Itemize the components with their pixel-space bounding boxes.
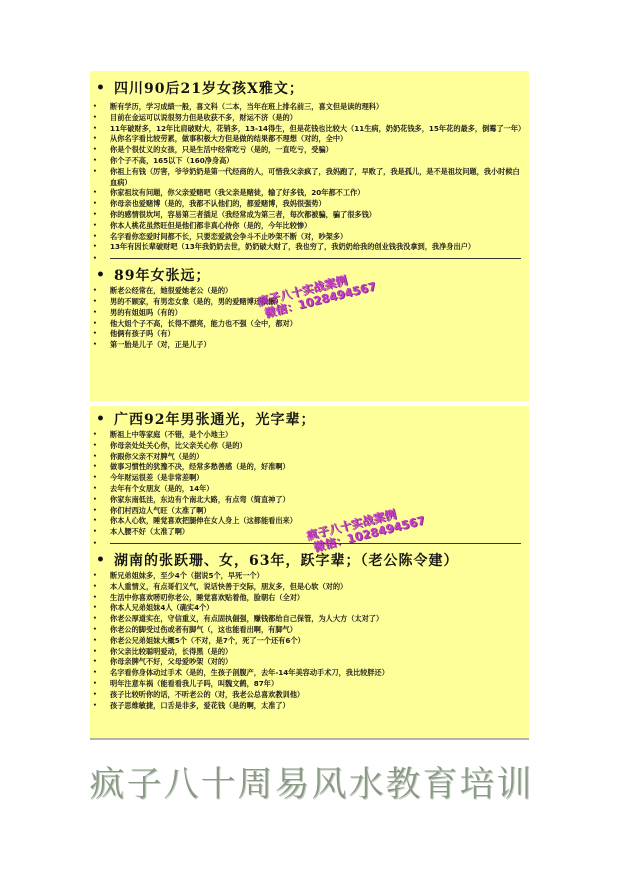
bullet-icon: • bbox=[90, 506, 110, 517]
item-text: 本人腰不好（太准了啊） bbox=[110, 527, 529, 538]
slide-panel-1: • 四川90后21岁女孩X雅文； •断有学历，学习成绩一般，喜文科（二本，当年在… bbox=[90, 71, 529, 401]
bullet-icon: • bbox=[92, 80, 110, 96]
bullet-icon: • bbox=[90, 156, 110, 167]
item-text: 做事习惯性的犹豫不决，经常多愁善感（是的，好准啊） bbox=[110, 462, 529, 473]
divider-row: • bbox=[90, 538, 529, 549]
slide-panel-2: • 广西92年男张通光，光字辈； •断祖上中等家庭（不错，是个小地主） •你母亲… bbox=[90, 406, 529, 740]
list-item: •男的不顾家，有男恋女象（是的，男的爱赌博还很懒） bbox=[90, 297, 529, 308]
bullet-icon: • bbox=[90, 188, 110, 199]
item-text: 你母亲处处关心你，比父亲关心你（是的） bbox=[110, 441, 529, 452]
bullet-icon: • bbox=[90, 473, 110, 484]
item-text: 你老公的脚受过伤或者有脚气（，这也能看出啊，有脚气） bbox=[110, 625, 529, 636]
item-text: 11年破财多，12年比肩破财大，花销多，13-14得生，但是花钱也比较大（11生… bbox=[110, 124, 529, 135]
section-title-text: 广西92年男张通光，光字辈； bbox=[114, 409, 315, 429]
bullet-icon: • bbox=[90, 167, 110, 189]
bullet-icon: • bbox=[90, 134, 110, 145]
list-item: •去年有个女朋友（是的，14年） bbox=[90, 484, 529, 495]
item-text: 本人重情义，有点哥们义气，说话快善于交际，朋友多，但是心软（对的） bbox=[110, 582, 529, 593]
bullet-icon: • bbox=[90, 199, 110, 210]
bullet-icon: • bbox=[90, 668, 110, 679]
list-item: •你老公的脚受过伤或者有脚气（，这也能看出啊，有脚气） bbox=[90, 625, 529, 636]
bullet-icon: • bbox=[90, 297, 110, 308]
bullet-icon: • bbox=[90, 636, 110, 647]
list-item: •本人腰不好（太准了啊） bbox=[90, 527, 529, 538]
bullet-icon: • bbox=[90, 145, 110, 156]
bullet-icon: • bbox=[90, 593, 110, 604]
section-title-text: 湖南的张跃珊、女，63年，跃字辈；（老公陈令建） bbox=[114, 550, 458, 570]
item-text: 你本人心软，睡觉喜欢把腿伸在女人身上（这都能看出来） bbox=[110, 516, 529, 527]
list-item: •孩子比较听你的话，不听老公的（对，我老公总喜欢教训他） bbox=[90, 690, 529, 701]
bullet-icon: • bbox=[90, 495, 110, 506]
bullet-icon: • bbox=[92, 411, 110, 427]
item-text: 你本人兄弟姐妹4人（确实4个） bbox=[110, 603, 529, 614]
bullet-icon: • bbox=[90, 329, 110, 340]
item-text: 你的感情很坎坷，容易第三者插足（我经常成为第三者，每次都被骗，骗了很多钱） bbox=[110, 210, 529, 221]
section-title: • 湖南的张跃珊、女，63年，跃字辈；（老公陈令建） bbox=[90, 549, 529, 571]
section-title: • 广西92年男张通光，光字辈； bbox=[90, 408, 529, 430]
item-list: •断祖上中等家庭（不错，是个小地主） •你母亲处处关心你，比父亲关心你（是的） … bbox=[90, 430, 529, 538]
item-text: 你母亲也爱赌博（是的，我都不认他们的，都爱赌博，我妈很强势） bbox=[110, 199, 529, 210]
list-item: •从你名字看比较劳累，做事积极大方但是做的结果都不理想（对的，全中） bbox=[90, 134, 529, 145]
bullet-icon: • bbox=[90, 701, 110, 712]
bullet-icon: • bbox=[90, 462, 110, 473]
list-item: •你的感情很坎坷，容易第三者插足（我经常成为第三者，每次都被骗，骗了很多钱） bbox=[90, 210, 529, 221]
list-item: •你老公厚道实在，守信重义，有点固执倔强，赚钱都给自己保管，为人大方（太对了） bbox=[90, 614, 529, 625]
divider-line bbox=[110, 543, 521, 544]
bullet-icon: • bbox=[90, 603, 110, 614]
bullet-icon: • bbox=[90, 484, 110, 495]
item-text: 你是个很仗义的女孩，只是生活中经常吃亏（是的，一直吃亏，受骗） bbox=[110, 145, 529, 156]
bullet-icon: • bbox=[92, 552, 110, 568]
item-text: 你跟你父亲不对脾气（是的） bbox=[110, 452, 529, 463]
item-text: 今年财运很差（是非常差啊） bbox=[110, 473, 529, 484]
list-item: •孩子思维敏捷，口舌是非多，爱花钱（是的啊，太准了） bbox=[90, 701, 529, 712]
footer-title: 疯子八十周易风水教育培训 bbox=[0, 757, 623, 807]
item-text: 断有学历，学习成绩一般，喜文科（二本，当年在班上排名前三，喜文但是读的理科） bbox=[110, 102, 529, 113]
item-text: 男的不顾家，有男恋女象（是的，男的爱赌博还很懒） bbox=[110, 297, 529, 308]
item-list: •断有学历，学习成绩一般，喜文科（二本，当年在班上排名前三，喜文但是读的理科） … bbox=[90, 102, 529, 253]
item-text: 从你名字看比较劳累，做事积极大方但是做的结果都不理想（对的，全中） bbox=[110, 134, 529, 145]
item-text: 目前在金运可以说很努力但是收获不多，财运不济（是的） bbox=[110, 113, 529, 124]
list-item: •你母亲脾气不好，父母爱吵架（对的） bbox=[90, 657, 529, 668]
list-item: •你本人桃花虽然旺但是他们都非真心待你（是的，今年比较惨） bbox=[90, 221, 529, 232]
item-text: 去年有个女朋友（是的，14年） bbox=[110, 484, 529, 495]
bullet-icon: • bbox=[90, 430, 110, 441]
item-text: 你父亲比较聪明爱动，长得黑（是的） bbox=[110, 647, 529, 658]
item-text: 你本人桃花虽然旺但是他们都非真心待你（是的，今年比较惨） bbox=[110, 221, 529, 232]
bullet-icon: • bbox=[90, 571, 110, 582]
list-item: •你家祖坟有问题，你父亲爱赌吧（我父亲是赌徒，输了好多钱，20年都不工作） bbox=[90, 188, 529, 199]
list-item: •断老公经常在，她很爱她老公（是的） bbox=[90, 286, 529, 297]
list-item: •你老公兄弟姐妹大概5个（不对，是7个，死了一个还有6个） bbox=[90, 636, 529, 647]
bullet-icon: • bbox=[90, 452, 110, 463]
list-item: •目前在金运可以说很努力但是收获不多，财运不济（是的） bbox=[90, 113, 529, 124]
bullet-icon: • bbox=[90, 527, 110, 538]
section-sichuan: • 四川90后21岁女孩X雅文； •断有学历，学习成绩一般，喜文科（二本，当年在… bbox=[90, 71, 529, 264]
list-item: •你跟你父亲不对脾气（是的） bbox=[90, 452, 529, 463]
divider-line bbox=[110, 258, 521, 259]
item-list: •断兄弟姐妹多，至少4个（据说5个，早死一个） •本人重情义，有点哥们义气，说话… bbox=[90, 571, 529, 711]
item-text: 你老公厚道实在，守信重义，有点固执倔强，赚钱都给自己保管，为人大方（太对了） bbox=[110, 614, 529, 625]
bullet-icon: • bbox=[90, 614, 110, 625]
bullet-icon: • bbox=[90, 113, 110, 124]
item-text: 第一胎是儿子（对，正是儿子） bbox=[110, 340, 529, 351]
list-item: •11年破财多，12年比肩破财大，花销多，13-14得生，但是花钱也比较大（11… bbox=[90, 124, 529, 135]
list-item: •做事习惯性的犹豫不决，经常多愁善感（是的，好准啊） bbox=[90, 462, 529, 473]
bullet-icon: • bbox=[90, 232, 110, 243]
bullet-icon: • bbox=[90, 625, 110, 636]
bullet-icon: • bbox=[90, 340, 110, 351]
list-item: •你是个很仗义的女孩，只是生活中经常吃亏（是的，一直吃亏，受骗） bbox=[90, 145, 529, 156]
section-title-text: 四川90后21岁女孩X雅文； bbox=[114, 78, 304, 98]
list-item: •你家东南低洼，东边有个南北大路，有点弯（简直神了） bbox=[90, 495, 529, 506]
item-text: 名字看你恋爱时间都不长，只要恋爱就会争斗不止吵架不断（对，吵架多） bbox=[110, 232, 529, 243]
bullet-icon: • bbox=[90, 286, 110, 297]
item-text: 你个子不高，165以下（160净身高） bbox=[110, 156, 529, 167]
bullet-icon: • bbox=[90, 441, 110, 452]
section-guangxi: • 广西92年男张通光，光字辈； •断祖上中等家庭（不错，是个小地主） •你母亲… bbox=[90, 406, 529, 549]
item-text: 你家东南低洼，东边有个南北大路，有点弯（简直神了） bbox=[110, 495, 529, 506]
item-text: 你老公兄弟姐妹大概5个（不对，是7个，死了一个还有6个） bbox=[110, 636, 529, 647]
bullet-icon: • bbox=[90, 516, 110, 527]
list-item: •你母亲也爱赌博（是的，我都不认他们的，都爱赌博，我妈很强势） bbox=[90, 199, 529, 210]
list-item: •你祖上有钱（厉害，爷爷奶奶是第一代经商的人，可惜我父亲疯了，我妈跑了，早败了，… bbox=[90, 167, 529, 189]
section-title-text: 89年女张远； bbox=[114, 265, 210, 285]
item-text: 你们村西边人气旺（太准了啊） bbox=[110, 506, 529, 517]
item-text: 他俩有孩子吗（有） bbox=[110, 329, 529, 340]
divider-row: • bbox=[90, 253, 529, 264]
list-item: •今年财运很差（是非常差啊） bbox=[90, 473, 529, 484]
item-text: 13年有因长辈破财吧（13年我奶奶去世，奶奶破大财了，我也穷了，我奶奶给我的创业… bbox=[110, 242, 529, 253]
list-item: •生活中你喜欢唠叨你老公，睡觉喜欢贴着他，脸朝右（全对） bbox=[90, 593, 529, 604]
item-text: 你祖上有钱（厉害，爷爷奶奶是第一代经商的人，可惜我父亲疯了，我妈跑了，早败了，我… bbox=[110, 167, 529, 189]
bullet-icon: • bbox=[90, 242, 110, 253]
section-zhangyuan: • 89年女张远； •断老公经常在，她很爱她老公（是的） •男的不顾家，有男恋女… bbox=[90, 264, 529, 351]
item-text: 明年注意车祸（能看看我儿子吗，叫魏文鹤，87年） bbox=[110, 679, 529, 690]
list-item: •13年有因长辈破财吧（13年我奶奶去世，奶奶破大财了，我也穷了，我奶奶给我的创… bbox=[90, 242, 529, 253]
bullet-icon: • bbox=[90, 221, 110, 232]
bullet-icon: • bbox=[90, 210, 110, 221]
bullet-icon: • bbox=[90, 102, 110, 113]
bullet-icon: • bbox=[90, 679, 110, 690]
list-item: •他大姐个子不高，长得不漂亮，能力也不强（全中，都对） bbox=[90, 319, 529, 330]
item-text: 断老公经常在，她很爱她老公（是的） bbox=[110, 286, 529, 297]
section-title: • 四川90后21岁女孩X雅文； bbox=[90, 77, 529, 99]
bullet-icon: • bbox=[90, 124, 110, 135]
list-item: •名字看你身体动过手术（是的，生孩子剖腹产，去年-14年美容动手术刀，我比较胖还… bbox=[90, 668, 529, 679]
list-item: •你父亲比较聪明爱动，长得黑（是的） bbox=[90, 647, 529, 658]
bullet-icon: • bbox=[90, 647, 110, 658]
list-item: •你母亲处处关心你，比父亲关心你（是的） bbox=[90, 441, 529, 452]
list-item: •男的有姐姐吗（有的） bbox=[90, 308, 529, 319]
list-item: •你本人心软，睡觉喜欢把腿伸在女人身上（这都能看出来） bbox=[90, 516, 529, 527]
section-title: • 89年女张远； bbox=[90, 264, 529, 286]
item-text: 孩子比较听你的话，不听老公的（对，我老公总喜欢教训他） bbox=[110, 690, 529, 701]
list-item: •第一胎是儿子（对，正是儿子） bbox=[90, 340, 529, 351]
list-item: •你们村西边人气旺（太准了啊） bbox=[90, 506, 529, 517]
bullet-icon: • bbox=[90, 319, 110, 330]
bullet-icon: • bbox=[90, 582, 110, 593]
list-item: •你个子不高，165以下（160净身高） bbox=[90, 156, 529, 167]
list-item: •明年注意车祸（能看看我儿子吗，叫魏文鹤，87年） bbox=[90, 679, 529, 690]
item-text: 孩子思维敏捷，口舌是非多，爱花钱（是的啊，太准了） bbox=[110, 701, 529, 712]
list-item: •你本人兄弟姐妹4人（确实4个） bbox=[90, 603, 529, 614]
item-text: 生活中你喜欢唠叨你老公，睡觉喜欢贴着他，脸朝右（全对） bbox=[110, 593, 529, 604]
list-item: •断兄弟姐妹多，至少4个（据说5个，早死一个） bbox=[90, 571, 529, 582]
list-item: •他俩有孩子吗（有） bbox=[90, 329, 529, 340]
bullet-icon: • bbox=[90, 540, 110, 547]
item-text: 男的有姐姐吗（有的） bbox=[110, 308, 529, 319]
list-item: •断祖上中等家庭（不错，是个小地主） bbox=[90, 430, 529, 441]
item-text: 他大姐个子不高，长得不漂亮，能力也不强（全中，都对） bbox=[110, 319, 529, 330]
bullet-icon: • bbox=[90, 690, 110, 701]
item-text: 名字看你身体动过手术（是的，生孩子剖腹产，去年-14年美容动手术刀，我比较胖还） bbox=[110, 668, 529, 679]
list-item: •本人重情义，有点哥们义气，说话快善于交际，朋友多，但是心软（对的） bbox=[90, 582, 529, 593]
item-list: •断老公经常在，她很爱她老公（是的） •男的不顾家，有男恋女象（是的，男的爱赌博… bbox=[90, 286, 529, 351]
item-text: 你家祖坟有问题，你父亲爱赌吧（我父亲是赌徒，输了好多钱，20年都不工作） bbox=[110, 188, 529, 199]
bullet-icon: • bbox=[92, 267, 110, 283]
bullet-icon: • bbox=[90, 657, 110, 668]
item-text: 断祖上中等家庭（不错，是个小地主） bbox=[110, 430, 529, 441]
section-hunan: • 湖南的张跃珊、女，63年，跃字辈；（老公陈令建） •断兄弟姐妹多，至少4个（… bbox=[90, 549, 529, 711]
item-text: 你母亲脾气不好，父母爱吵架（对的） bbox=[110, 657, 529, 668]
bullet-icon: • bbox=[90, 308, 110, 319]
item-text: 断兄弟姐妹多，至少4个（据说5个，早死一个） bbox=[110, 571, 529, 582]
list-item: •断有学历，学习成绩一般，喜文科（二本，当年在班上排名前三，喜文但是读的理科） bbox=[90, 102, 529, 113]
list-item: •名字看你恋爱时间都不长，只要恋爱就会争斗不止吵架不断（对，吵架多） bbox=[90, 232, 529, 243]
bullet-icon: • bbox=[90, 255, 110, 262]
